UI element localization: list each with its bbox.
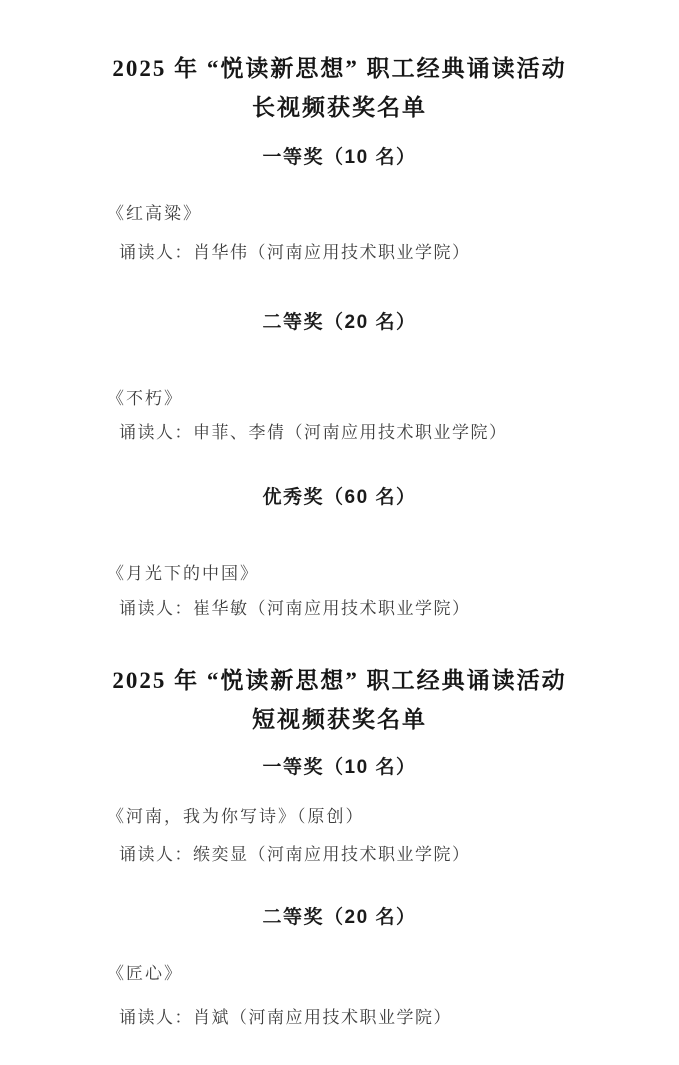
work-title: 《河南，我为你写诗》（原创） xyxy=(107,802,365,827)
document-page: 2025 年 “悦读新思想” 职工经典诵读活动 长视频获奖名单 一等奖（10 名… xyxy=(0,0,679,1065)
short-video-title-line2: 短视频获奖名单 xyxy=(0,701,679,734)
short-video-first-prize-header: 一等奖（10 名） xyxy=(0,752,679,779)
reader-line: 诵读人：肖斌（河南应用技术职业学院） xyxy=(119,1003,452,1028)
long-video-second-prize-header: 二等奖（20 名） xyxy=(0,307,679,334)
long-video-first-prize-header: 一等奖（10 名） xyxy=(0,142,679,169)
work-title: 《不朽》 xyxy=(107,384,183,409)
long-video-excellence-prize-header: 优秀奖（60 名） xyxy=(0,482,679,509)
reader-line: 诵读人：崔华敏（河南应用技术职业学院） xyxy=(119,594,471,619)
reader-line: 诵读人：申菲、李倩（河南应用技术职业学院） xyxy=(119,418,508,443)
short-video-title-line1: 2025 年 “悦读新思想” 职工经典诵读活动 xyxy=(0,662,679,695)
reader-line: 诵读人：缑奕显（河南应用技术职业学院） xyxy=(119,840,471,865)
work-title: 《红高粱》 xyxy=(107,199,202,224)
work-title: 《匠心》 xyxy=(107,959,183,984)
work-title: 《月光下的中国》 xyxy=(107,559,259,584)
reader-line: 诵读人：肖华伟（河南应用技术职业学院） xyxy=(119,238,471,263)
long-video-title-line1: 2025 年 “悦读新思想” 职工经典诵读活动 xyxy=(0,50,679,83)
long-video-title-line2: 长视频获奖名单 xyxy=(0,89,679,122)
short-video-second-prize-header: 二等奖（20 名） xyxy=(0,902,679,929)
